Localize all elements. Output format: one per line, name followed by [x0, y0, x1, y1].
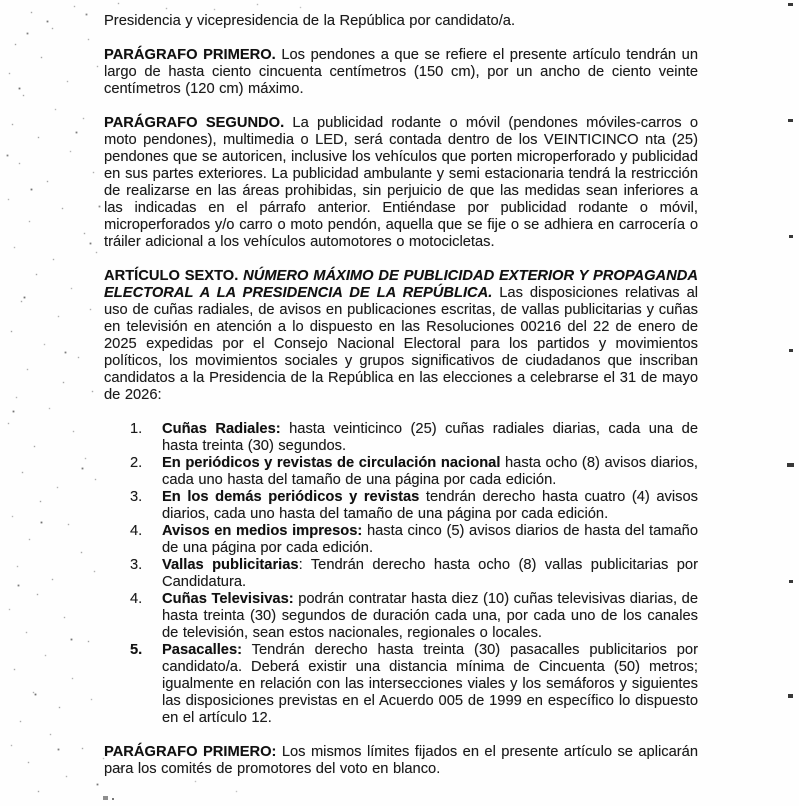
- paragraph-articulo-sexto: ARTÍCULO SEXTO. NÚMERO MÁXIMO DE PUBLICI…: [104, 268, 698, 404]
- paragraph-paragrafo-primero-final: PARÁGRAFO PRIMERO: Los mismos límites fi…: [104, 744, 698, 778]
- paragrafo-segundo-body: La publicidad rodante o móvil (pendones …: [104, 115, 698, 250]
- scan-noise-layer-light: [0, 0, 1, 1]
- list-item-number: 4.: [130, 523, 160, 540]
- list-item: 3.En los demás periódicos y revistas ten…: [104, 489, 698, 523]
- paragrafo-primero-final-lead: PARÁGRAFO PRIMERO:: [104, 744, 276, 760]
- list-item: 4.Avisos en medios impresos: hasta cinco…: [104, 523, 698, 557]
- paragrafo-primero-lead: PARÁGRAFO PRIMERO.: [104, 47, 276, 63]
- scan-mark-right: [788, 3, 793, 6]
- document-body: Presidencia y vicepresidencia de la Repú…: [104, 13, 698, 778]
- list-item-body: Tendrán derecho hasta treinta (30) pasac…: [162, 642, 698, 726]
- scan-mark-bottom-left: [103, 796, 108, 800]
- scan-mark-right: [789, 235, 793, 238]
- articulo-sexto-body: Las disposiciones relativas al uso de cu…: [104, 285, 698, 403]
- list-item: 1.Cuñas Radiales: hasta veinticinco (25)…: [104, 421, 698, 455]
- paragrafo-segundo-lead: PARÁGRAFO SEGUNDO.: [104, 115, 284, 131]
- paragraph-paragrafo-primero: PARÁGRAFO PRIMERO. Los pendones a que se…: [104, 47, 698, 98]
- list-item-number: 4.: [130, 591, 160, 608]
- scan-mark-right: [789, 580, 793, 583]
- numbered-list: 1.Cuñas Radiales: hasta veinticinco (25)…: [104, 421, 698, 727]
- list-item-lead: En periódicos y revistas de circulación …: [162, 455, 500, 471]
- list-item-lead: Vallas publicitarias: [162, 557, 299, 573]
- list-item-number: 1.: [130, 421, 160, 438]
- list-item-number: 2.: [130, 455, 160, 472]
- list-item: 5.Pasacalles: Tendrán derecho hasta trei…: [104, 642, 698, 727]
- scan-noise-layer-dark: [0, 0, 1, 1]
- list-item: 3.Vallas publicitarias: Tendrán derecho …: [104, 557, 698, 591]
- list-item-lead: Cuñas Televisivas:: [162, 591, 294, 607]
- list-item: 2.En periódicos y revistas de circulació…: [104, 455, 698, 489]
- list-item-number: 3.: [130, 557, 160, 574]
- list-item-number: 3.: [130, 489, 160, 506]
- scanned-document-page: Presidencia y vicepresidencia de la Repú…: [0, 0, 799, 806]
- scan-mark-right: [788, 119, 793, 122]
- list-item-lead: Cuñas Radiales:: [162, 421, 281, 437]
- paragraph-intro: Presidencia y vicepresidencia de la Repú…: [104, 13, 698, 30]
- intro-text: Presidencia y vicepresidencia de la Repú…: [104, 13, 515, 29]
- paragraph-paragrafo-segundo: PARÁGRAFO SEGUNDO. La publicidad rodante…: [104, 115, 698, 251]
- list-item-lead: Pasacalles:: [162, 642, 242, 658]
- list-item-number: 5.: [130, 642, 160, 659]
- scan-mark-right: [789, 349, 793, 352]
- list-item-lead: En los demás periódicos y revistas: [162, 489, 419, 505]
- scan-mark-right: [788, 694, 793, 698]
- scan-mark-right: [787, 463, 794, 467]
- list-item: 4.Cuñas Televisivas: podrán contratar ha…: [104, 591, 698, 642]
- list-item-lead: Avisos en medios impresos:: [162, 523, 362, 539]
- scan-mark-bottom-left: [112, 798, 114, 800]
- articulo-sexto-lead: ARTÍCULO SEXTO.: [104, 268, 238, 284]
